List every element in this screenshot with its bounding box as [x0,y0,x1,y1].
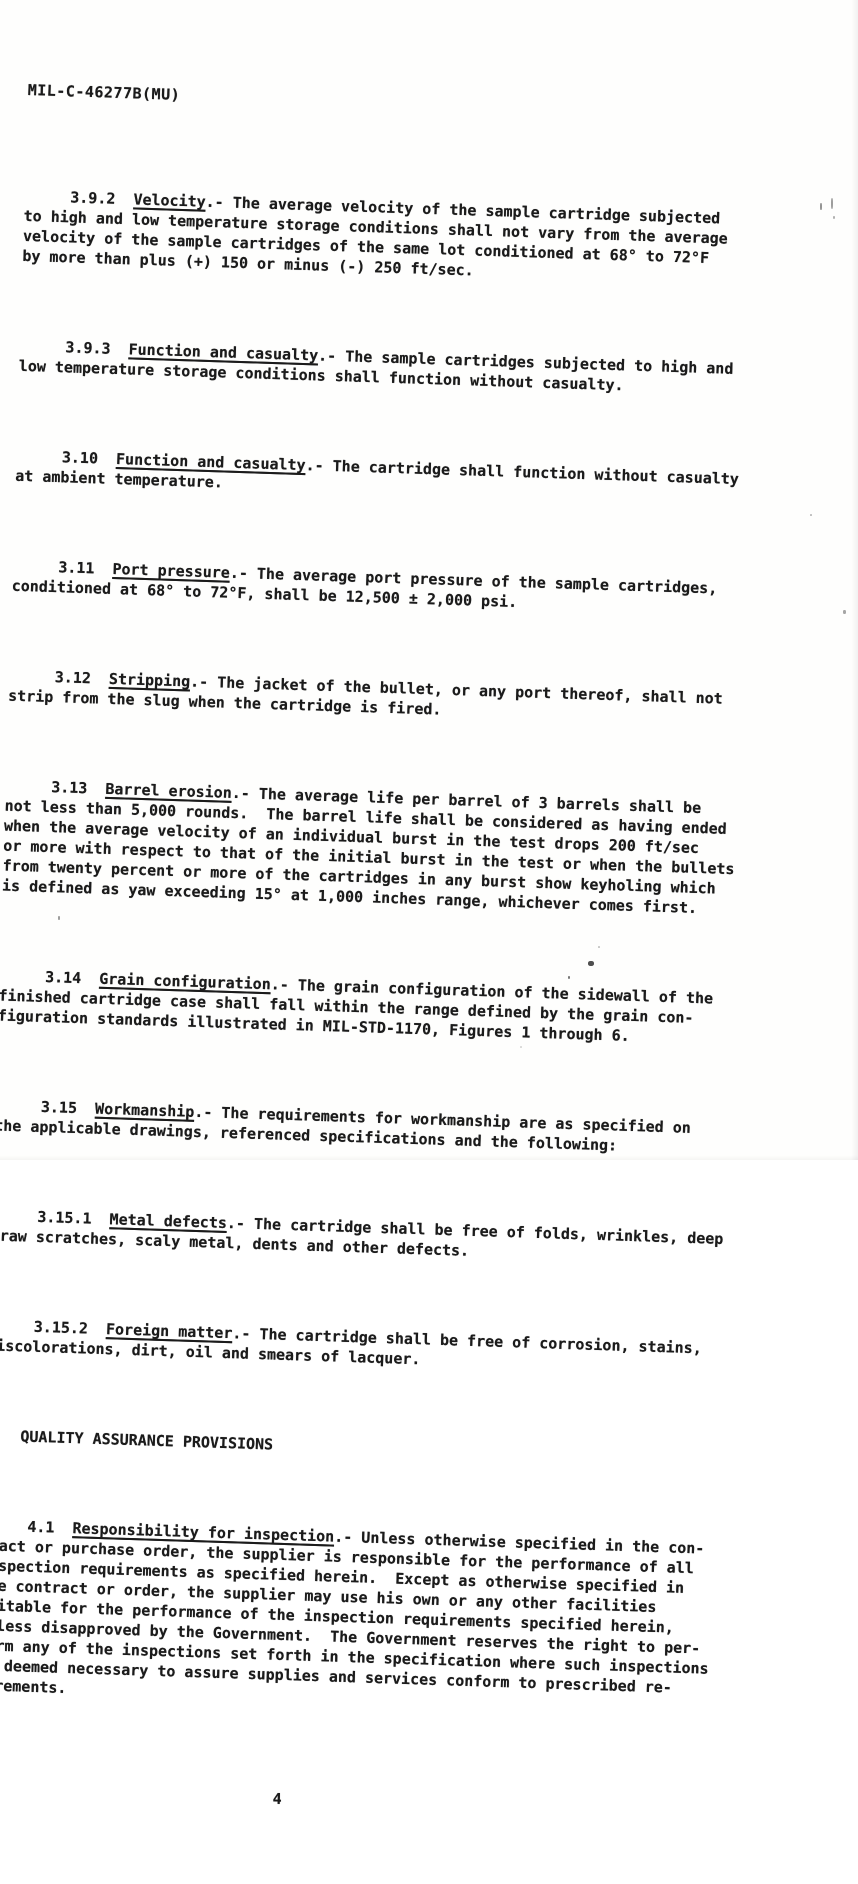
scan-edge-shading [851,0,858,1160]
scan-speck [810,514,812,516]
section-number: 3.15 [41,1098,96,1118]
para-3-13: 3.13 Barrel erosion.- The average life p… [2,776,777,921]
section-number: 3.11 [58,558,113,578]
scan-speck [833,216,835,219]
section-heading: Velocity [133,190,206,210]
scan-speck [831,198,833,209]
scan-speck [588,961,594,966]
scan-edge-shading [0,1155,858,1160]
scan-speck [58,916,60,920]
section-number: 3.12 [55,668,110,688]
scan-speck [598,946,600,948]
section-heading: Stripping [109,670,191,691]
scanned-document-page: MIL-C-46277B(MU) 3.9.2 Velocity.- The av… [0,0,858,1160]
section-text: .- The cartridge shall function without … [305,456,739,488]
scan-speck [820,203,822,210]
document-id-header: MIL-C-46277B(MU) [27,80,799,125]
section-body: not less than 5,000 rounds. The barrel l… [2,797,735,917]
section-number: 3.14 [45,968,100,988]
para-3-10: 3.10 Function and casualty.- The cartrid… [15,446,788,511]
para-3-12: 3.12 Stripping.- The jacket of the bulle… [8,666,781,731]
scan-speck [520,1046,522,1048]
para-3-14: 3.14 Grain configuration.- The grain con… [0,966,771,1051]
scan-speck [568,976,570,979]
section-number: 3.9.3 [65,338,129,358]
section-number: 3.13 [51,778,106,798]
section-heading: Workmanship [95,1100,195,1121]
section-number: 3.9.2 [70,188,134,208]
document-text-block: MIL-C-46277B(MU) 3.9.2 Velocity.- The av… [0,20,802,1160]
para-3-9-2: 3.9.2 Velocity.- The average velocity of… [22,186,796,291]
para-3-11: 3.11 Port pressure.- The average port pr… [11,556,784,621]
section-number: 3.10 [62,448,117,468]
para-3-9-3: 3.9.3 Function and casualty.- The sample… [19,336,792,401]
para-3-15: 3.15 Workmanship.- The requirements for … [0,1095,767,1160]
section-heading: Port pressure [112,560,230,582]
scan-speck [843,610,846,614]
section-heading: Barrel erosion [105,780,232,802]
